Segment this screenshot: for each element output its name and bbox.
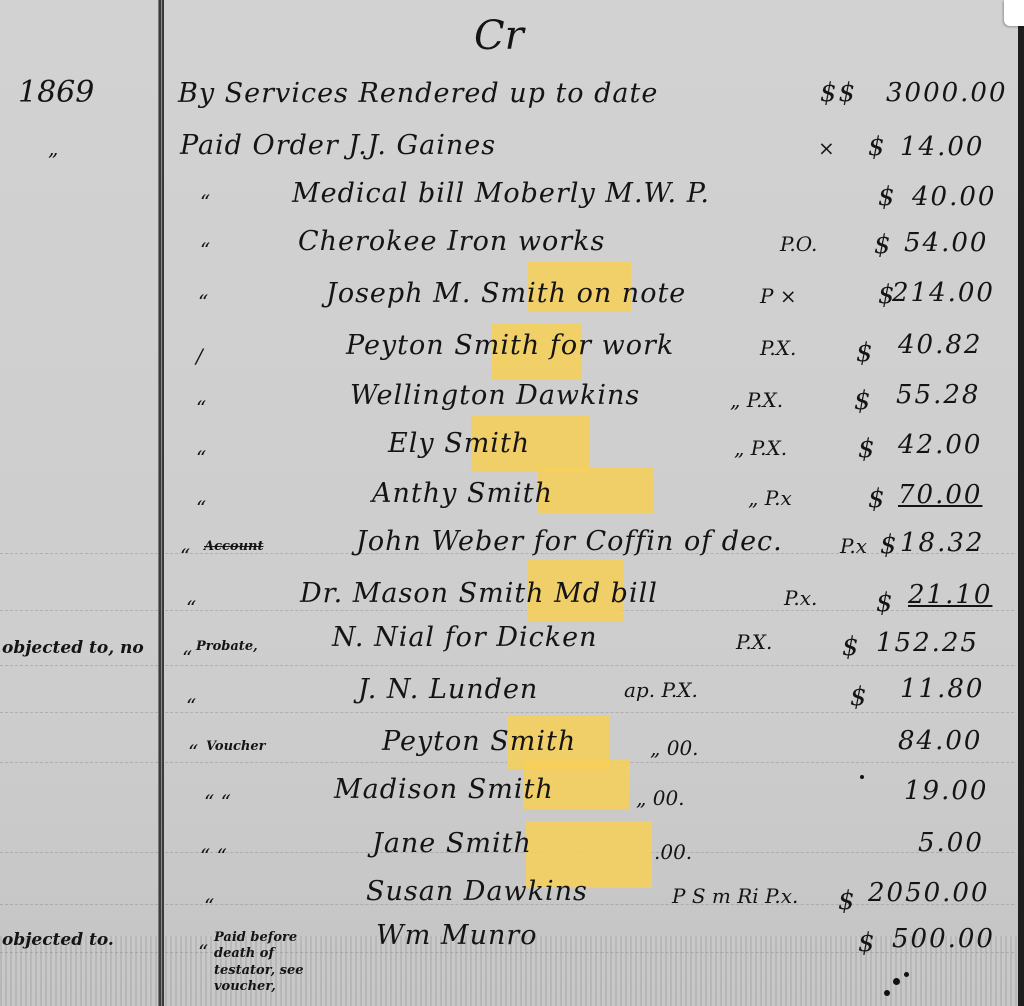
highlight-smith: [538, 467, 653, 514]
entry-ditto: “: [180, 546, 190, 566]
entry-posting-mark: „ 00.: [636, 788, 685, 808]
entry-ditto: “: [196, 398, 206, 418]
entry-posting-mark: P.x: [840, 536, 867, 556]
ruled-line: [0, 610, 1014, 611]
entry-posting-mark: P.O.: [780, 234, 817, 254]
margin-rule: [158, 0, 164, 1006]
entry-description-suffix: on note: [577, 278, 687, 309]
highlighted-surname: Smith: [467, 478, 553, 509]
entry-posting-mark: ap. P.X.: [624, 680, 698, 700]
entry-dollar-sign: $$: [820, 80, 857, 106]
entry-given-name: Madison: [334, 774, 458, 805]
entry-amount: 500.00: [892, 926, 995, 952]
entry-amount: 40.82: [898, 332, 982, 358]
entry-amount: 14.00: [900, 134, 984, 160]
entry-description-suffix: for work: [550, 330, 674, 361]
entry-description: Ely Smith: [388, 430, 530, 457]
entry-amount: 5.00: [918, 830, 984, 856]
entry-description: Wm Munro: [376, 922, 538, 949]
ink-blot: [904, 972, 909, 977]
entry-amount: 19.00: [904, 778, 988, 804]
entry-dollar-sign: $: [858, 930, 877, 956]
entry-description-suffix: Md bill: [554, 578, 658, 609]
highlighted-surname: Smith: [454, 330, 540, 361]
entry-dollar-sign: $: [878, 184, 897, 210]
entry-description: Peyton Smith for work: [346, 332, 674, 359]
entry-posting-mark: P S m Ri P.x.: [672, 886, 798, 906]
entry-posting-mark: P.X.: [736, 632, 772, 652]
entry-dollar-sign: $: [850, 684, 869, 710]
entry-posting-mark: .00.: [654, 842, 692, 862]
highlighted-surname: Smith: [468, 774, 554, 805]
entry-given-name: Joseph M.: [326, 278, 471, 309]
entry-ditto: “: [198, 292, 208, 312]
entry-description: Peyton Smith: [382, 728, 576, 755]
entry-amount: 54.00: [904, 230, 988, 256]
entry-amount: 21.10: [908, 582, 992, 608]
entry-amount: 55.28: [896, 382, 980, 408]
entry-description: Anthy Smith: [372, 480, 553, 507]
entry-check-mark: ×: [818, 138, 835, 158]
entry-ditto: “: [198, 942, 208, 962]
margin-note-objected: objected to, no: [2, 640, 144, 657]
entry-posting-mark: P.x.: [784, 588, 817, 608]
entry-description: Cherokee Iron works: [298, 228, 605, 255]
entry-description: Joseph M. Smith on note: [326, 280, 686, 307]
entry-amount: 84.00: [898, 728, 982, 754]
entry-description: Madison Smith: [334, 776, 554, 803]
ink-blot: [884, 990, 890, 996]
corner-tab: [1004, 0, 1024, 26]
ledger-page: Cr 1869 „ objected to, no objected to. B…: [0, 0, 1024, 1006]
ruled-line: [0, 665, 1014, 666]
entry-ditto: “ “: [200, 846, 227, 866]
entry-description: J. N. Lunden: [358, 676, 538, 703]
entry-amount: 18.32: [900, 530, 984, 556]
entry-given-name: Jane: [372, 828, 436, 859]
entry-ditto: “: [200, 192, 210, 212]
highlighted-surname: Smith: [481, 278, 567, 309]
entry-note-probate: Probate,: [196, 640, 258, 653]
entry-posting-mark: P.X.: [760, 338, 796, 358]
entry-note-paid-before-death: Paid before death of testator, see vouch…: [214, 930, 334, 995]
entry-posting-mark: „ P.x: [748, 488, 792, 508]
page-edge: [1018, 20, 1024, 1006]
entry-note-struck: Account: [204, 540, 264, 553]
margin-note-objected: objected to.: [2, 932, 114, 949]
entry-description: Medical bill Moberly M.W. P.: [292, 180, 710, 207]
entry-dollar-sign: $: [858, 436, 877, 462]
entry-description: John Weber for Coffin of dec.: [356, 528, 783, 555]
entry-dollar-sign: $: [868, 486, 887, 512]
ruled-line: [0, 712, 1014, 713]
entry-given-name: Peyton: [382, 726, 481, 757]
highlighted-surname: Smith: [459, 578, 545, 609]
entry-posting-mark: P ×: [760, 286, 797, 306]
entry-posting-mark: „ P.X.: [730, 390, 783, 410]
entry-amount: 40.00: [912, 184, 996, 210]
entry-note-voucher: Voucher: [206, 740, 266, 753]
entry-dollar-sign: $: [856, 340, 875, 366]
margin-year: 1869: [18, 78, 94, 108]
entry-dollar-sign: $: [874, 232, 893, 258]
entry-ditto: “: [186, 696, 196, 716]
entry-dollar-sign: $: [854, 388, 873, 414]
entry-description: Jane Smith: [372, 830, 532, 857]
margin-ditto: „: [48, 138, 58, 158]
entry-posting-mark: „ P.X.: [734, 438, 787, 458]
highlighted-surname: Smith: [490, 726, 576, 757]
entry-dollar-sign: $: [876, 590, 895, 616]
entry-ditto: “: [186, 598, 196, 618]
entry-ditto: /: [196, 346, 203, 366]
entry-amount: 3000.00: [886, 80, 1008, 106]
entry-description: Susan Dawkins: [366, 878, 588, 905]
entry-ditto: “: [188, 742, 198, 762]
entry-amount: 214.00: [892, 280, 995, 306]
entry-ditto: “: [196, 448, 206, 468]
entry-posting-mark: „ 00.: [650, 738, 699, 758]
entry-ditto: “: [204, 896, 214, 916]
highlighted-surname: Smith: [444, 428, 530, 459]
entry-dollar-sign: $: [868, 134, 887, 160]
entry-description: Dr. Mason Smith Md bill: [300, 580, 658, 607]
entry-dollar-sign: $: [838, 888, 857, 914]
ink-blot: [860, 775, 864, 779]
entry-description: By Services Rendered up to date: [178, 80, 658, 107]
entry-description: N. Nial for Dicken: [332, 624, 598, 651]
entry-amount: 11.80: [900, 676, 984, 702]
page-heading: Cr: [474, 16, 524, 56]
entry-dollar-sign: $: [842, 634, 861, 660]
entry-description: Paid Order J.J. Gaines: [180, 132, 496, 159]
entry-amount: 2050.00: [868, 880, 990, 906]
entry-given-name: Dr. Mason: [300, 578, 449, 609]
entry-amount: 152.25: [876, 630, 979, 656]
entry-given-name: Ely: [388, 428, 435, 459]
entry-dollar-sign: $: [880, 532, 899, 558]
entry-amount: 42.00: [898, 432, 982, 458]
entry-ditto: “: [196, 498, 206, 518]
entry-ditto: “ “: [204, 792, 231, 812]
entry-given-name: Anthy: [372, 478, 457, 509]
entry-ditto: “: [200, 240, 210, 260]
entry-given-name: Peyton: [346, 330, 445, 361]
entry-ditto: “: [182, 648, 192, 668]
highlighted-surname: Smith: [446, 828, 532, 859]
ink-blot: [893, 978, 900, 985]
entry-amount: 70.00: [898, 482, 982, 508]
entry-description: Wellington Dawkins: [350, 382, 640, 409]
